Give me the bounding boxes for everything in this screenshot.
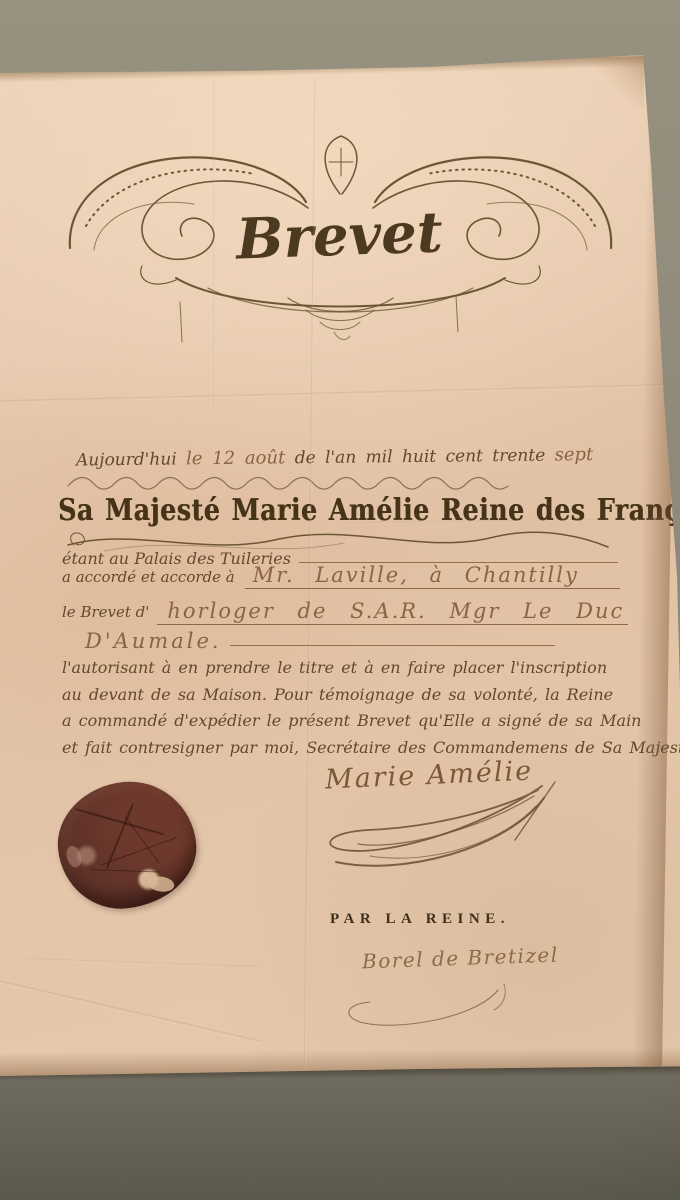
ruled-line — [230, 645, 555, 646]
countersignature-flourish — [336, 984, 508, 1030]
brevet-title-handwritten: horloger de S.A.R. Mgr Le Duc — [157, 599, 628, 625]
aumale-line: D'Aumale. — [85, 629, 557, 653]
royal-title-line: Sa Majesté Marie Amélie Reine des França… — [58, 493, 589, 528]
brevet-grant-line: le Brevet d' horloger de S.A.R. Mgr Le D… — [62, 599, 618, 625]
seal-highlight — [147, 875, 175, 893]
aumale-handwritten: D'Aumale. — [85, 629, 222, 653]
par-la-reine-label: PAR LA REINE. — [330, 911, 510, 928]
body-paragraph: l'autorisant à en prendre le titre et à … — [62, 655, 618, 761]
photo-of-framed-brevet: Brevet Aujourd'hui le 12 août de l'an mi… — [0, 0, 680, 1200]
document-paper: Brevet Aujourd'hui le 12 août de l'an mi… — [0, 0, 680, 1080]
date-line: Aujourd'hui le 12 août de l'an mil huit … — [76, 444, 556, 470]
fold-crease-horizontal — [25, 958, 260, 968]
date-handwritten-year: sept — [555, 444, 594, 465]
date-printed-middle: de l'an mil huit cent trente — [295, 446, 546, 469]
brevet-printed-text: le Brevet d' — [62, 603, 149, 625]
brevet-title: Brevet — [233, 199, 444, 272]
fold-crease-diagonal — [0, 975, 262, 1043]
countersignature: Borel de Bretizel — [362, 943, 559, 974]
body-line-4: et fait contresigner par moi, Secrétaire… — [62, 735, 618, 762]
seal-crack — [125, 816, 160, 864]
wax-seal — [52, 775, 202, 915]
header-flourish-cartouche: Brevet — [58, 130, 623, 348]
body-line-3: a commandé d'expédier le présent Brevet … — [62, 708, 618, 735]
grant-line: a accordé et accorde à Mr. Laville, à Ch… — [62, 563, 620, 589]
corner-fold — [594, 55, 644, 107]
body-line-1: l'autorisant à en prendre le titre et à … — [62, 655, 618, 682]
seal-highlight — [64, 844, 84, 869]
body-line-2: au devant de sa Maison. Pour témoignage … — [62, 682, 618, 709]
paper-edge-shading-right — [632, 50, 678, 1070]
paper-edge-shading-top — [0, 55, 680, 83]
grant-printed-text: a accordé et accorde à — [62, 568, 235, 589]
date-handwritten-day: le 12 août — [186, 447, 285, 469]
fold-crease-horizontal — [0, 383, 680, 403]
grantee-name-handwritten: Mr. Laville, à Chantilly — [245, 563, 620, 589]
signature-paraph-flourish — [300, 780, 560, 872]
seal-crack — [91, 869, 161, 873]
